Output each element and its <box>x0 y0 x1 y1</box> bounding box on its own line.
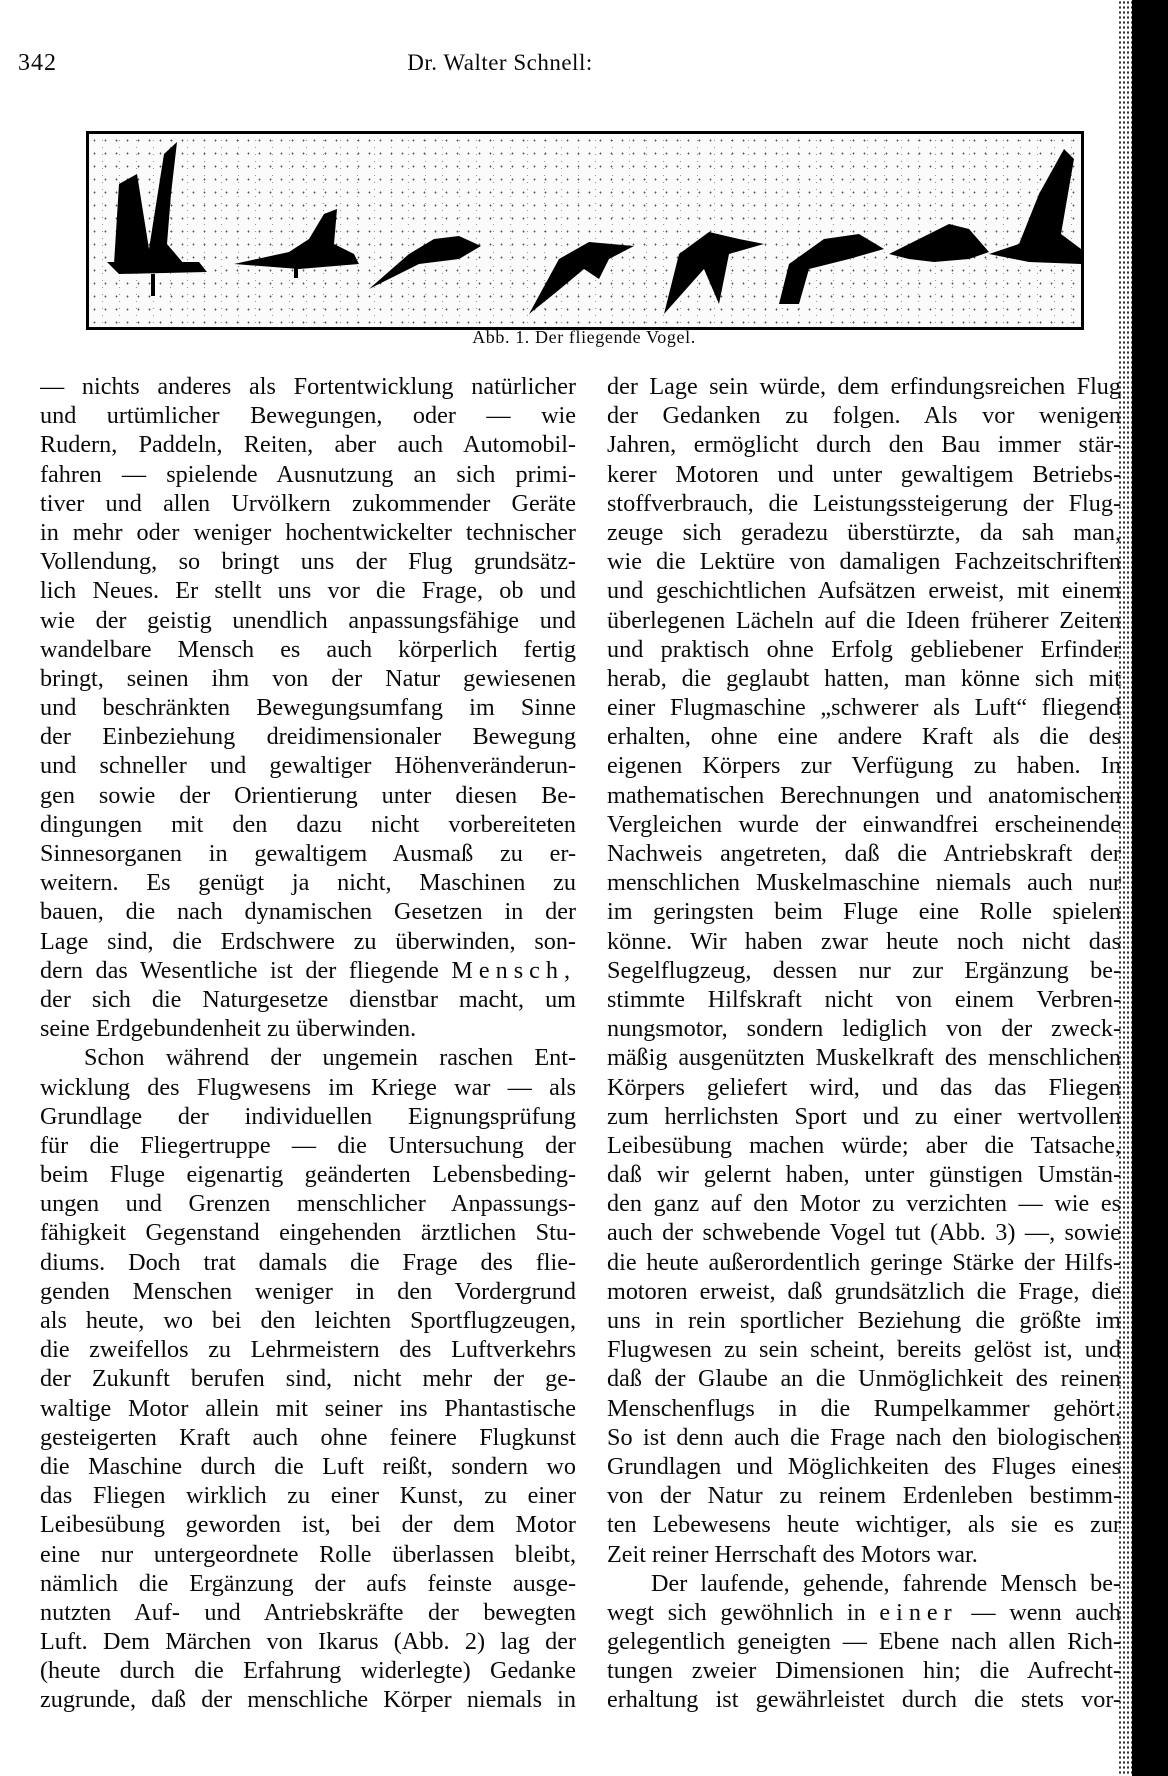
text-line: Körpers geliefert wird, und das das Flie… <box>607 1073 1121 1102</box>
text-line: und urtümlicher Bewegungen, oder — wie <box>40 401 576 430</box>
paragraph-start-line: Schon während der ungemein raschen Ent- <box>40 1043 576 1072</box>
figure-caption: Abb. 1. Der fliegende Vogel. <box>0 327 1168 348</box>
text-line: im geringsten beim Fluge eine Rolle spie… <box>607 897 1121 926</box>
text-line: gesteigerten Kraft auch ohne feinere Flu… <box>40 1423 576 1452</box>
text-line: mäßig ausgenützten Muskelkraft des mensc… <box>607 1043 1121 1072</box>
text-line: Segelflugzeug, dessen nur zur Ergänzung … <box>607 956 1121 985</box>
text-line: Vergleichen wurde der einwandfrei ersche… <box>607 810 1121 839</box>
text-line: stoffverbrauch, die Leistungssteigerung … <box>607 489 1121 518</box>
text-line: — nichts anderes als Fortentwicklung nat… <box>40 372 576 401</box>
text-line: überlegenen Lächeln auf die Ideen früher… <box>607 606 1121 635</box>
text-line: daß wir gelernt haben, unter günstigen U… <box>607 1160 1121 1189</box>
text-line: tungen zweier Dimensionen hin; die Aufre… <box>607 1656 1121 1685</box>
text-line: genden Menschen weniger in den Vordergru… <box>40 1277 576 1306</box>
text-line: bauen, die nach dynamischen Gesetzen in … <box>40 897 576 926</box>
text-line: beim Fluge eigenartig geänderten Lebensb… <box>40 1160 576 1189</box>
running-head: Dr. Walter Schnell: <box>0 50 1000 76</box>
text-line: wicklung des Flugwesens im Kriege war — … <box>40 1073 576 1102</box>
right-column: der Lage sein würde, dem erfindungsreich… <box>607 372 1121 1715</box>
text-line: und praktisch ohne Erfolg gebliebener Er… <box>607 635 1121 664</box>
text-line: stimmte Hilfskraft nicht von einem Verbr… <box>607 985 1121 1014</box>
text-line: Nachweis angetreten, daß die Antriebskra… <box>607 839 1121 868</box>
text-line: den ganz auf den Motor zu verzichten — w… <box>607 1189 1121 1218</box>
text-line: mathematischen Berechnungen und anatomis… <box>607 781 1121 810</box>
text-line: die Maschine durch die Luft reißt, sonde… <box>40 1452 576 1481</box>
scan-binding-edge <box>1132 0 1168 1776</box>
text-line: gen sowie der Orientierung unter diesen … <box>40 781 576 810</box>
text-line: in mehr oder weniger hochentwickelter te… <box>40 518 576 547</box>
text-line: und beschränkten Bewegungsumfang im Sinn… <box>40 693 576 722</box>
text-line: seine Erdgebundenheit zu überwinden. <box>40 1014 576 1043</box>
text-line: und geschichtlichen Aufsätzen erweist, m… <box>607 576 1121 605</box>
text-line: von der Natur zu reinem Erdenleben besti… <box>607 1481 1121 1510</box>
text-line: eigenen Körpers zur Verfügung zu haben. … <box>607 751 1121 780</box>
text-line: einer Flugmaschine „schwerer als Luft“ f… <box>607 693 1121 722</box>
text-line: Vollendung, so bringt uns der Flug grund… <box>40 547 576 576</box>
text-line: eine nur untergeordnete Rolle überlassen… <box>40 1540 576 1569</box>
text-line: menschlichen Muskelmaschine niemals auch… <box>607 868 1121 897</box>
text-line: die zweifellos zu Lehrmeistern des Luftv… <box>40 1335 576 1364</box>
text-line: könne. Wir haben zwar heute noch nicht d… <box>607 927 1121 956</box>
text-line: waltige Motor allein mit seiner ins Phan… <box>40 1394 576 1423</box>
text-line: zugrunde, daß der menschliche Körper nie… <box>40 1685 576 1714</box>
text-line: nungsmotor, sondern lediglich von der zw… <box>607 1014 1121 1043</box>
text-line: weitern. Es genügt ja nicht, Maschinen z… <box>40 868 576 897</box>
text-line: für die Fliegertruppe — die Untersuchung… <box>40 1131 576 1160</box>
text-line: wie die Lektüre von damaligen Fachzeitsc… <box>607 547 1121 576</box>
text-line: wie der geistig unendlich anpassungsfähi… <box>40 606 576 635</box>
text-line: Grundlage der individuellen Eignungsprüf… <box>40 1102 576 1131</box>
figure-flying-bird <box>86 131 1084 330</box>
text-line: Zeit reiner Herrschaft des Motors war. <box>607 1540 1121 1569</box>
text-segment: dern das Wesentliche ist der fliegende <box>40 957 439 984</box>
text-line: die heute außerordentlich geringe Stärke… <box>607 1248 1121 1277</box>
text-line: tiver und allen Urvölkern zukommender Ge… <box>40 489 576 518</box>
text-line: fähigkeit Gegenstand eingehenden ärztlic… <box>40 1218 576 1247</box>
flying-bird-sequence-icon <box>89 134 1081 327</box>
text-line: auch der schwebende Vogel tut (Abb. 3) —… <box>607 1218 1121 1247</box>
text-line: fahren — spielende Ausnutzung an sich pr… <box>40 460 576 489</box>
text-line: der Gedanken zu folgen. Als vor wenigen <box>607 401 1121 430</box>
text-line: So ist denn auch die Frage nach den biol… <box>607 1423 1121 1452</box>
text-segment: wegt sich gewöhnlich in <box>607 1599 866 1626</box>
left-column: — nichts anderes als Fortentwicklung nat… <box>40 372 576 1715</box>
text-line: ten Lebewesens heute wichtiger, als sie … <box>607 1510 1121 1539</box>
text-line: erhalten, ohne eine andere Kraft als die… <box>607 722 1121 751</box>
text-line: Lage sind, die Erdschwere zu überwinden,… <box>40 927 576 956</box>
text-line: Jahren, ermöglicht durch den Bau immer s… <box>607 430 1121 459</box>
text-line: dern das Wesentliche ist der fliegende M… <box>40 956 576 985</box>
text-line: erhaltung ist gewährleistet durch die st… <box>607 1685 1121 1714</box>
text-line: zum herrlichsten Sport und zu einer wert… <box>607 1102 1121 1131</box>
text-line: Luft. Dem Märchen von Ikarus (Abb. 2) la… <box>40 1627 576 1656</box>
text-line: als heute, wo bei den leichten Sportflug… <box>40 1306 576 1335</box>
text-line: gelegentlich geneigten — Ebene nach alle… <box>607 1627 1121 1656</box>
text-line: dingungen mit den dazu nicht vorbereitet… <box>40 810 576 839</box>
text-segment: — wenn auch <box>971 1599 1121 1626</box>
emphasis-word: Mensch, <box>451 957 576 984</box>
text-line: kerer Motoren und unter gewaltigem Betri… <box>607 460 1121 489</box>
text-line: bringt, seinen ihm von der Natur gewiese… <box>40 664 576 693</box>
text-line: diums. Doch trat damals die Frage des fl… <box>40 1248 576 1277</box>
text-line: Leibesübung geworden ist, bei der dem Mo… <box>40 1510 576 1539</box>
text-line: und schneller und gewaltiger Höhenveränd… <box>40 751 576 780</box>
text-line: (heute durch die Erfahrung widerlegte) G… <box>40 1656 576 1685</box>
text-line: wegt sich gewöhnlich in einer — wenn auc… <box>607 1598 1121 1627</box>
text-line: nutzten Auf- und Antriebskräfte der bewe… <box>40 1598 576 1627</box>
text-line: wandelbare Mensch es auch körperlich fer… <box>40 635 576 664</box>
text-line: Menschenflugs in die Rumpelkammer gehört… <box>607 1394 1121 1423</box>
emphasis-word: einer <box>879 1599 957 1626</box>
text-line: der Einbeziehung dreidimensionaler Beweg… <box>40 722 576 751</box>
text-line: Rudern, Paddeln, Reiten, aber auch Autom… <box>40 430 576 459</box>
text-line: Grundlagen und Möglichkeiten des Fluges … <box>607 1452 1121 1481</box>
text-line: uns in rein sportlicher Beziehung die gr… <box>607 1306 1121 1335</box>
text-line: nämlich die Ergänzung der aufs feinste a… <box>40 1569 576 1598</box>
text-line: Flugwesen zu sein scheint, bereits gelös… <box>607 1335 1121 1364</box>
text-line: der Lage sein würde, dem erfindungsreich… <box>607 372 1121 401</box>
text-line: motoren erweist, daß grundsätzlich die F… <box>607 1277 1121 1306</box>
text-line: zeuge sich geradezu überstürzte, da sah … <box>607 518 1121 547</box>
text-line: lich Neues. Er stellt uns vor die Frage,… <box>40 576 576 605</box>
text-line: Leibesübung machen würde; aber die Tatsa… <box>607 1131 1121 1160</box>
text-line: ungen und Grenzen menschlicher Anpassung… <box>40 1189 576 1218</box>
text-line: daß der Glaube an die Unmöglichkeit des … <box>607 1364 1121 1393</box>
text-line: Sinnesorganen in gewaltigem Ausmaß zu er… <box>40 839 576 868</box>
text-line: herab, die geglaubt hatten, man könne si… <box>607 664 1121 693</box>
paragraph-start-line: Der laufende, gehende, fahrende Mensch b… <box>607 1569 1121 1598</box>
text-line: das Fliegen wirklich zu einer Kunst, zu … <box>40 1481 576 1510</box>
text-line: der Zukunft berufen sind, nicht mehr der… <box>40 1364 576 1393</box>
text-line: der sich die Naturgesetze dienstbar mach… <box>40 985 576 1014</box>
